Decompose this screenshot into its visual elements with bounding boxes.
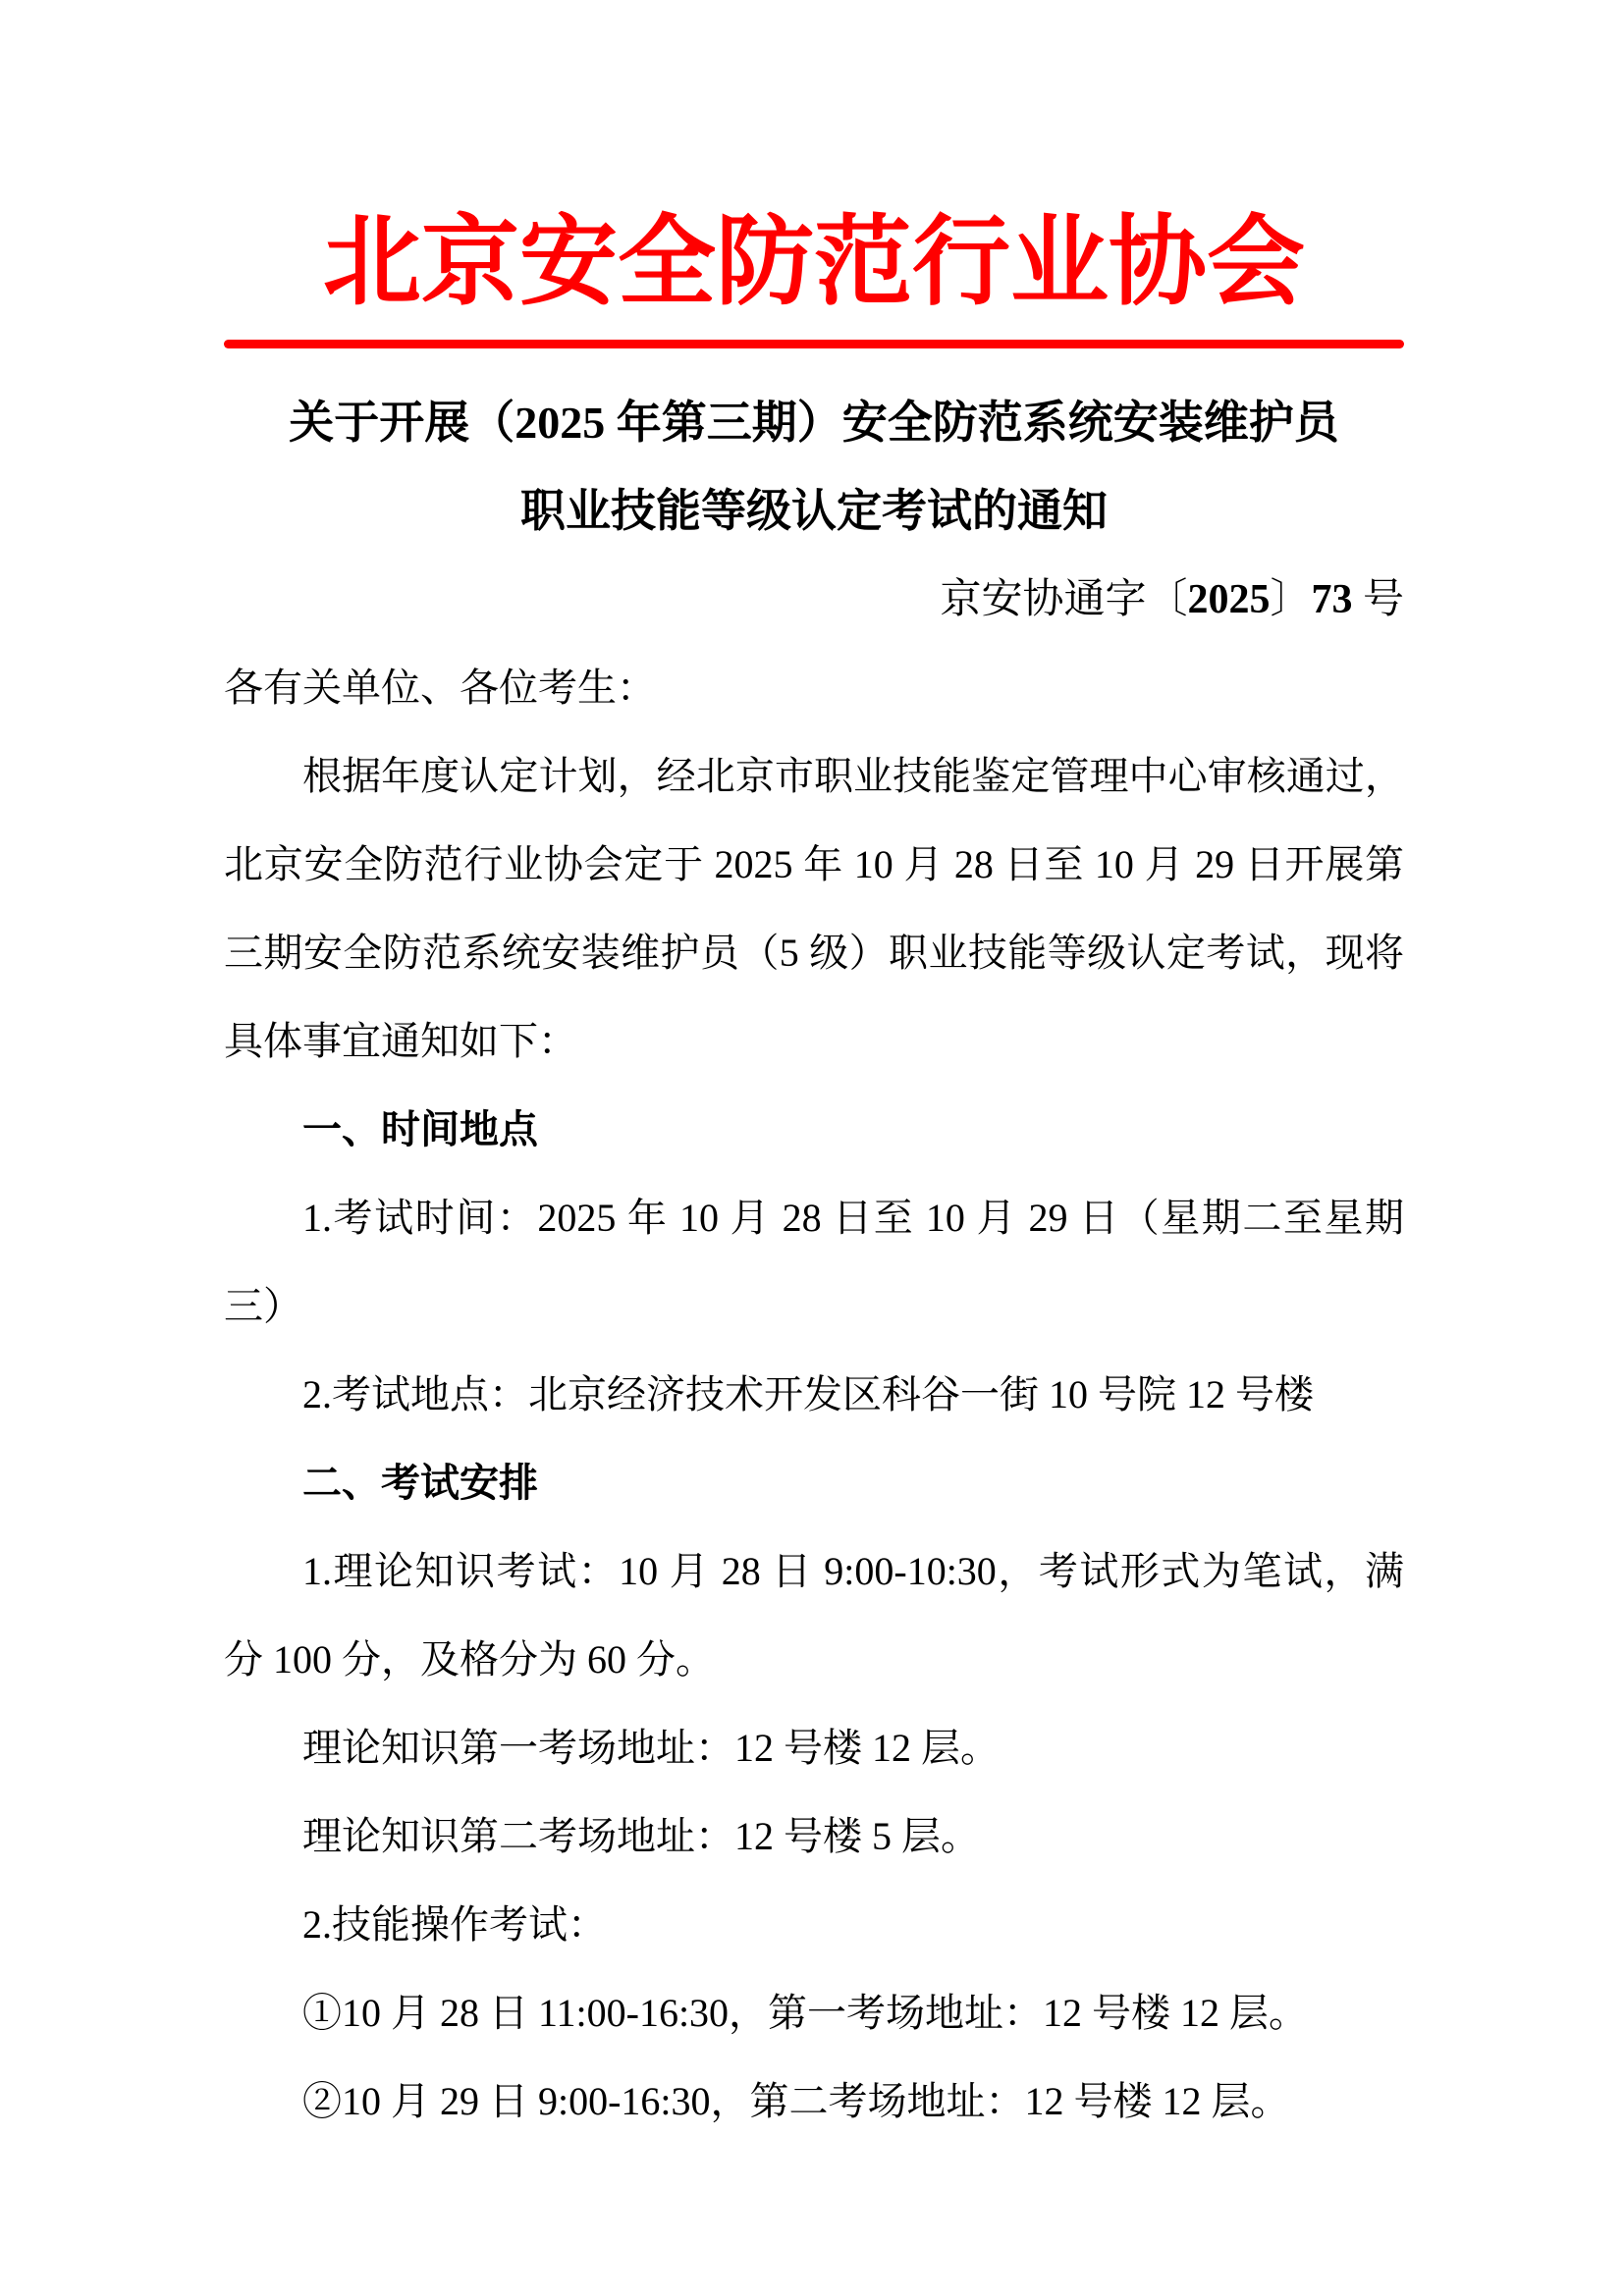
theory-venue2-item: 理论知识第二考场地址：12 号楼 5 层。	[224, 1792, 1404, 1881]
letterhead-red-divider	[224, 340, 1404, 348]
doc-number-close-bracket: 〕	[1270, 577, 1311, 622]
notice-title: 关于开展（2025 年第三期）安全防范系统安装维护员 职业技能等级认定考试的通知	[224, 379, 1404, 556]
salutation-line: 各有关单位、各位考生：	[224, 644, 1404, 732]
notice-title-line1: 关于开展（2025 年第三期）安全防范系统安装维护员	[224, 379, 1404, 467]
doc-number-prefix: 京安协通字〔	[940, 577, 1187, 622]
notice-title-line2: 职业技能等级认定考试的通知	[224, 467, 1404, 556]
document-page: 北京安全防范行业协会 关于开展（2025 年第三期）安全防范系统安装维护员 职业…	[0, 0, 1624, 2296]
skill-schedule2-item: ②10 月 29 日 9:00-16:30，第二考场地址：12 号楼 12 层。	[224, 2057, 1404, 2146]
exam-time-item: 1.考试时间：2025 年 10 月 28 日至 10 月 29 日（星期二至星…	[224, 1174, 1404, 1351]
section1-heading: 一、时间地点	[224, 1086, 1404, 1174]
theory-venue1-item: 理论知识第一考场地址：12 号楼 12 层。	[224, 1704, 1404, 1792]
document-body: 各有关单位、各位考生： 根据年度认定计划，经北京市职业技能鉴定管理中心审核通过，…	[224, 644, 1404, 2146]
doc-number-serial: 73	[1311, 577, 1352, 622]
skill-exam-item: 2.技能操作考试：	[224, 1881, 1404, 1969]
intro-paragraph: 根据年度认定计划，经北京市职业技能鉴定管理中心审核通过，北京安全防范行业协会定于…	[224, 732, 1404, 1086]
letterhead-org-title: 北京安全防范行业协会	[224, 0, 1404, 312]
doc-number-suffix: 号	[1352, 577, 1404, 622]
doc-number-year: 2025	[1187, 577, 1270, 622]
section2-heading: 二、考试安排	[224, 1439, 1404, 1527]
theory-exam-item: 1.理论知识考试：10 月 28 日 9:00-10:30，考试形式为笔试，满分…	[224, 1527, 1404, 1704]
document-number: 京安协通字〔2025〕73 号	[224, 556, 1404, 644]
skill-schedule1-item: ①10 月 28 日 11:00-16:30，第一考场地址：12 号楼 12 层…	[224, 1969, 1404, 2057]
exam-location-item: 2.考试地点：北京经济技术开发区科谷一街 10 号院 12 号楼	[224, 1351, 1404, 1439]
